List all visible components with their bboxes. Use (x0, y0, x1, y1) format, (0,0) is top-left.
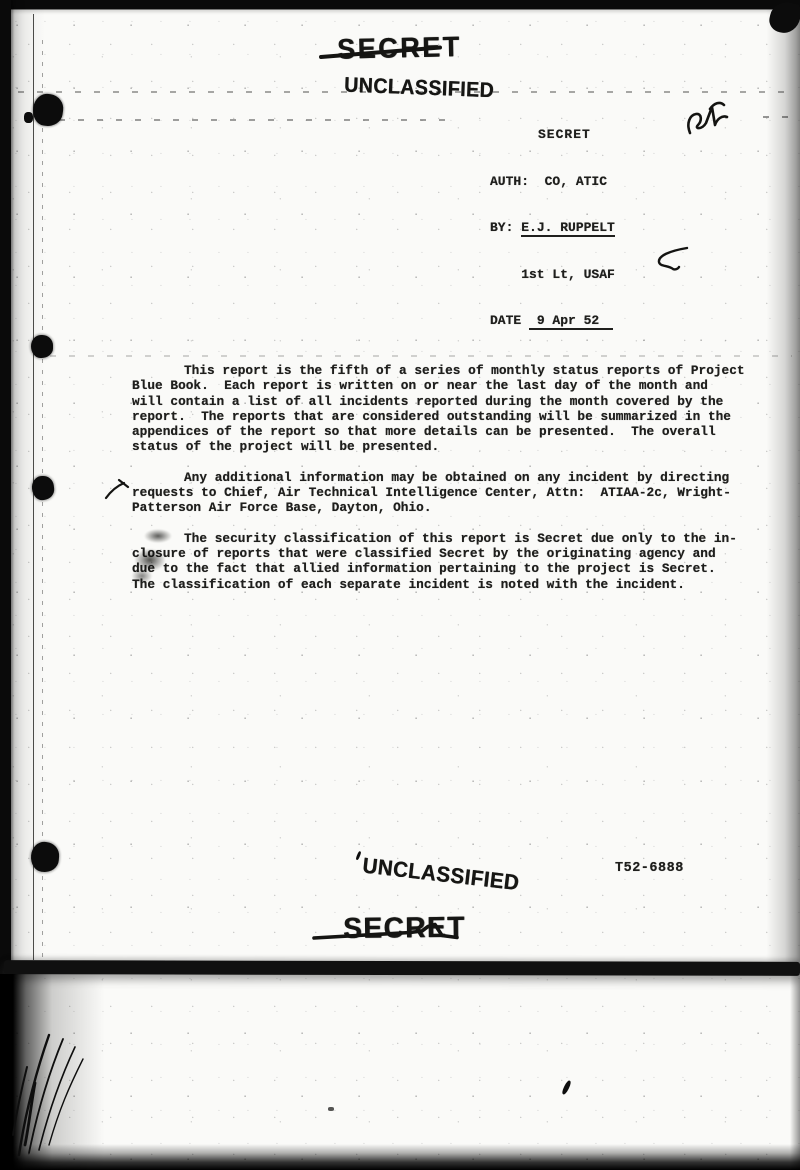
date-label: DATE (490, 313, 529, 328)
strikethrough-line-bottom (310, 919, 460, 943)
hole-punch-4 (30, 841, 61, 873)
date-value: 9 Apr 52 (529, 313, 613, 330)
classification-block: SECRET AUTH: CO, ATIC BY: E.J. RUPPELT 1… (490, 96, 615, 360)
report-body: This report is the fifth of a series of … (132, 363, 762, 607)
paragraph-3: The security classification of this repo… (132, 531, 762, 592)
hole-punch-3 (31, 475, 55, 501)
paragraph-1: This report is the fifth of a series of … (132, 363, 762, 455)
scan-artifact-dash-line-middle (50, 355, 792, 357)
classification-auth-line: AUTH: CO, ATIC (490, 174, 615, 190)
underpage-shadow-right (790, 974, 800, 1170)
by-name: E.J. RUPPELT (521, 220, 615, 237)
unclassified-stamp-bottom: UNCLASSIFIED (361, 853, 520, 896)
pen-scratches (5, 995, 135, 1160)
strikethrough-line-top (319, 44, 443, 62)
ink-speck (328, 1107, 334, 1111)
stray-pen-tick (355, 851, 361, 860)
scan-edge-left (0, 0, 11, 978)
hole-punch-2 (31, 335, 53, 358)
by-label: BY: (490, 220, 521, 235)
hole-punch-1-ink-tail (24, 112, 33, 123)
scan-artifact-dash-line-upper (40, 119, 450, 121)
page-bottom-edge (4, 960, 800, 976)
hole-punch-1 (31, 92, 65, 128)
scan-artifact-dash-right (763, 116, 800, 118)
classification-date-line: DATE 9 Apr 52 (490, 313, 615, 329)
classification-heading: SECRET (538, 127, 615, 143)
ink-smudge (128, 524, 190, 588)
left-margin-dotted-rule (42, 40, 43, 964)
margin-check-mark-icon (103, 478, 133, 504)
unclassified-stamp-top: UNCLASSIFIED (344, 73, 495, 104)
scan-edge-right-speckle (766, 8, 800, 970)
auth-initials-squiggle-icon (684, 99, 728, 143)
ink-fleck (561, 1080, 572, 1096)
scanned-document-page: SECRET UNCLASSIFIED SECRET AUTH: CO, ATI… (0, 0, 800, 1170)
paragraph-2: Any additional information may be obtain… (132, 470, 762, 516)
classification-rank-line: 1st Lt, USAF (490, 267, 615, 283)
right-margin-angle-mark-icon (645, 243, 693, 277)
document-number: T52-6888 (615, 861, 684, 876)
scan-edge-top (0, 0, 800, 9)
classification-by-line: BY: E.J. RUPPELT (490, 220, 615, 236)
